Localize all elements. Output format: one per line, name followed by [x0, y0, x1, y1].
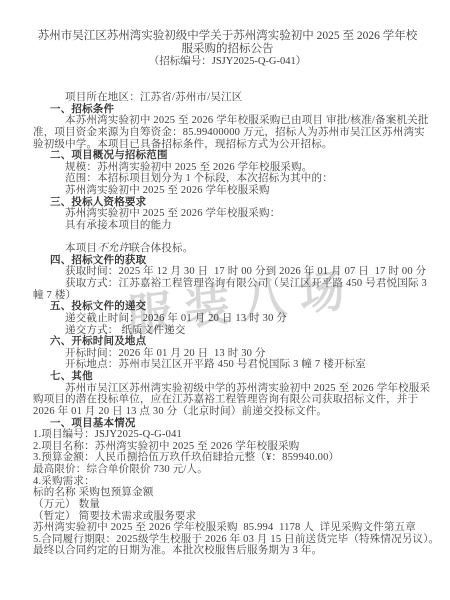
doc-text-run: 本项目 — [65, 243, 97, 254]
doc-line: 3.预算金额：人民币捌拾伍万玖仟玖佰肆拾元整（¥：859940.00） — [33, 452, 422, 464]
section-heading: 一、招标条件 — [33, 104, 422, 116]
doc-line: 获取时间：2025 年 12 月 30 日 17 时 00 分到 2026 年 … — [33, 266, 422, 278]
section-heading: 七、其他 — [33, 371, 422, 383]
doc-line: 范围：本招标项目划分为 1 个标段，本次招标为其中的： — [33, 173, 422, 185]
doc-line: （暂定） 简要技术需求或服务要求 — [33, 511, 422, 523]
document-title: 苏州市吴江区苏州湾实验初级中学关于苏州湾实验初中 2025 至 2026 学年校… — [37, 30, 418, 55]
tender-number: （招标编号：JSJY2025-Q-G-041） — [33, 56, 422, 68]
doc-line: 4.采购需求： — [33, 476, 422, 488]
section-heading: 四、招标文件的获取 — [33, 255, 422, 267]
doc-line: （万元） 数量 — [33, 499, 422, 511]
document-lines: 项目所在地区：江苏省/苏州市/吴江区一、招标条件本苏州湾实验初中 2025 至 … — [33, 92, 422, 557]
doc-line: 最高限价：综合单价限价 730 元/人。 — [33, 464, 422, 476]
doc-line: 1.项目编号：JSJY2025-Q-G-041 — [33, 429, 422, 441]
doc-line: 递交截止时间： 2026 年 01 月 20 日 13 时 30 分 — [33, 313, 422, 325]
doc-line: 开标时间：2026 年 01 月 20 日 13 时 30 分 — [33, 348, 422, 360]
doc-line: 购项目的潜在投标单位，应在江苏嘉裕工程管理咨询有限公司获取招标文件，并于 — [33, 394, 422, 406]
doc-line: 递交方式： 纸质文件递交 — [33, 325, 422, 337]
doc-line: 2026 年 01 月 20 日 13 点 30 分（北京时间）前递交投标文件。 — [33, 406, 422, 418]
doc-line: 本苏州湾实验初中 2025 至 2026 学年校服采购已由项目 审批/核准/备案… — [33, 115, 422, 127]
doc-line — [33, 232, 422, 244]
doc-line: 规模：苏州湾实验初中 2025 至 2026 学年校服采购。 — [33, 162, 422, 174]
doc-line: 具有承接本项目的能力 — [33, 220, 422, 232]
section-heading: 五、投标文件的递交 — [33, 301, 422, 313]
doc-line: 苏州湾实验初中 2025 至 2026 学年校服采购 85.994 1178 人… — [33, 522, 422, 534]
doc-line: 苏州湾实验初中 2025 至 2026 学年校服采购： — [33, 208, 422, 220]
doc-line: 最终以合同约定的日期为准。本批次校服售后服务期为 3 年。 — [33, 545, 422, 557]
section-heading: 六、开标时间及地点 — [33, 336, 422, 348]
doc-line: 苏州湾实验初中 2025 至 2026 学年校服采购 — [33, 185, 422, 197]
doc-line: 准，项目资金来源为自筹资金：85.99400000 万元，招标人为苏州市吴江区苏… — [33, 127, 422, 139]
document-content: 苏州市吴江区苏州湾实验初级中学关于苏州湾实验初中 2025 至 2026 学年校… — [33, 30, 422, 557]
doc-line: 苏州市吴江区苏州湾实验初级中学的苏州湾实验初中 2025 至 2026 学年校服… — [33, 383, 422, 395]
doc-line: 获取方式：江苏嘉裕工程管理咨询有限公司（吴江区开平路 450 号君悦国际 3 — [33, 278, 422, 290]
doc-text-run: 联合体投标。 — [129, 243, 193, 254]
doc-line: 5.合同履行期限：2025级学生校服于 2026 年 03 月 15 日前送货完… — [33, 534, 422, 546]
doc-line: 项目所在地区：江苏省/苏州市/吴江区 — [33, 92, 422, 104]
doc-line: 幢 7 楼） — [33, 290, 422, 302]
doc-text-run: 不允许 — [97, 243, 129, 254]
section-heading: 三、投标人资格要求 — [33, 197, 422, 209]
doc-line: 标的名称 采购包预算金额 — [33, 487, 422, 499]
doc-line: 开标地点：苏州市吴江区开平路 450 号君悦国际 3 幢 7 楼开标室 — [33, 359, 422, 371]
doc-line: 验初级中学。本项目已具备招标条件，现招标方式为公开招标。 — [33, 139, 422, 151]
document-page: 服装八场 苏州市吴江区苏州湾实验初级中学关于苏州湾实验初中 2025 至 202… — [0, 0, 450, 600]
doc-line: 2.项目名称：苏州湾实验初中 2025 至 2026 学年校服采购 — [33, 441, 422, 453]
section-heading: 一、项目基本情况 — [33, 418, 422, 430]
section-heading: 二、项目概况与招标范围 — [33, 150, 422, 162]
doc-line: 本项目不允许联合体投标。 — [33, 243, 422, 255]
